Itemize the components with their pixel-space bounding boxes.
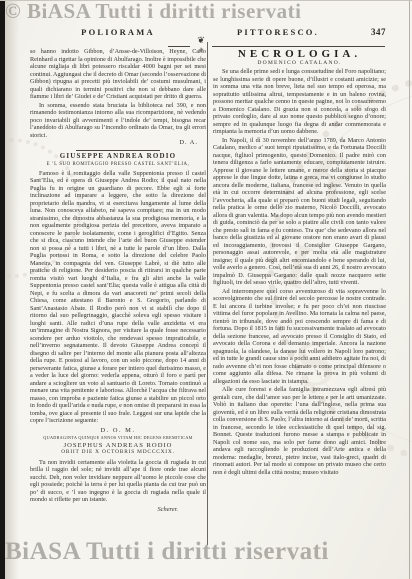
article-title: GIUSEPPE ANDREA RODIO — [30, 153, 206, 161]
page-number: 347 — [371, 27, 386, 37]
masthead-title-right: PITTORESCO. — [212, 27, 344, 37]
section-title: NECROLOGIA. — [213, 51, 386, 59]
inscription-line: JOSEPHUS ANDREAS RODIO — [30, 442, 206, 450]
scan-shadow — [5, 0, 19, 579]
paragraph: Se una delle prime sedi e lunga consuetu… — [213, 68, 386, 136]
article-body: Famoso è il romitaggio della valle Suppe… — [30, 170, 206, 425]
scan-edge-right — [409, 0, 410, 579]
author-initials: D. A. — [30, 139, 206, 147]
masthead-title-left: POLIORAMA — [30, 27, 206, 37]
header-dash-rule — [168, 46, 190, 47]
scan-edge-left — [0, 0, 5, 579]
right-column: NECROLOGIA. DOMENICO CATALANO. Se una de… — [213, 51, 386, 477]
header-rule — [212, 46, 385, 47]
obituary-subject-title: DOMENICO CATALANO. — [213, 60, 386, 68]
inscription-line: QUADRAGINTA QUINQUE ANNOS VITAM HIC DEGE… — [30, 434, 206, 442]
inscription-line: D. O. M. — [30, 427, 206, 435]
scan-edge-top — [0, 0, 412, 1]
scanned-journal-page: R I S © BiASA Tutti i diritti riservati … — [0, 0, 412, 579]
article-subtitle: E ’L SUO ROMITAGGIO PRESSO CASTEL SANT’E… — [30, 161, 206, 169]
left-column: so hanno indotto Gibbon, d’Ansse-de-Vill… — [30, 48, 206, 513]
column-divider-rule — [207, 42, 208, 545]
paragraph: Alle cure forensi e della famiglia intra… — [213, 386, 386, 476]
fleuron-ornament-icon: ❦ — [190, 36, 212, 45]
paragraph: In somma, essendo stata bruciata la bibl… — [30, 102, 206, 140]
copyright-watermark-bottom: BiASA Tutti i diritti riservati — [5, 538, 329, 566]
section-rule — [76, 150, 160, 151]
article-signature: Scherer. — [30, 506, 206, 514]
paragraph: so hanno indotto Gibbon, d’Ansse-de-Vill… — [30, 48, 206, 101]
paragraph: Ad interrompere quel corso avventuroso d… — [213, 288, 386, 386]
inscription-line: OBIIT DIE X OCTOBRIS MDCCCXIX. — [30, 449, 206, 457]
paragraph: In Napoli, il dì 30 novembre dell’anno 1… — [213, 137, 386, 287]
copyright-watermark-top: © BiASA Tutti i diritti riservati — [5, 0, 301, 24]
tomb-inscription: D. O. M. QUADRAGINTA QUINQUE ANNOS VITAM… — [30, 427, 206, 457]
closing-paragraph: Tu non invidii certamente alla violetta … — [30, 459, 206, 504]
